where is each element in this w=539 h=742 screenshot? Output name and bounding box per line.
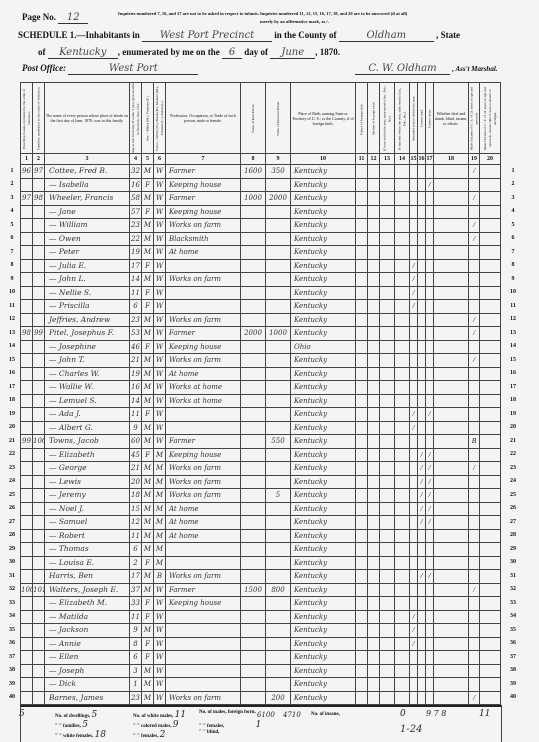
table-row: — John T.21MWWorks on farmKentucky/ — [21, 354, 501, 368]
summary-margin-mark: 5 — [19, 709, 25, 719]
cell-personal-estate — [266, 259, 291, 273]
cell-empty — [380, 381, 395, 395]
cell-empty — [380, 691, 395, 705]
cell-personal-estate — [266, 516, 291, 530]
cell-c19: B — [469, 435, 480, 449]
cell-c19 — [469, 381, 480, 395]
cell-real-estate — [241, 462, 266, 476]
cell-birthplace: Kentucky — [291, 165, 356, 179]
cell-empty — [368, 286, 380, 300]
cell-dwelling — [21, 408, 33, 422]
line-number: 4 — [6, 205, 18, 219]
cell-family — [33, 516, 45, 530]
cell-empty — [395, 543, 410, 557]
table-row: — Priscilla6FWKentucky/ — [21, 300, 501, 314]
year-value: , 1870. — [315, 47, 340, 57]
cell-dwelling — [21, 678, 33, 692]
cell-empty — [380, 637, 395, 651]
cell-real-estate — [241, 651, 266, 665]
cell-c15 — [410, 205, 418, 219]
line-number: 5 — [6, 219, 18, 233]
cell-birthplace: Kentucky — [291, 394, 356, 408]
cell-family — [33, 394, 45, 408]
cell-empty — [395, 462, 410, 476]
cell-empty — [356, 448, 368, 462]
cell-empty — [480, 259, 501, 273]
cell-name: Pitel, Josephus F. — [45, 327, 130, 341]
cell-empty — [434, 408, 469, 422]
cell-personal-estate — [266, 637, 291, 651]
cell-personal-estate — [266, 246, 291, 260]
cell-sex: M — [142, 691, 154, 705]
table-row: — Wallie W.16MWWorks at homeKentucky — [21, 381, 501, 395]
cell-c16 — [418, 205, 426, 219]
line-number: 18 — [6, 394, 18, 408]
cell-family — [33, 246, 45, 260]
cell-c16 — [418, 421, 426, 435]
cell-empty — [356, 556, 368, 570]
col13-total: 0 — [400, 709, 406, 719]
marshal-label: , Ass't Marshal. — [452, 65, 497, 73]
cell-c17 — [426, 691, 434, 705]
cell-empty — [480, 300, 501, 314]
cell-color: W — [154, 165, 166, 179]
table-row: — Ada J.11FWKentucky// — [21, 408, 501, 422]
cell-name: — Jane — [45, 205, 130, 219]
cell-c16 — [418, 246, 426, 260]
line-number: 35 — [506, 624, 520, 638]
cell-c15 — [410, 597, 418, 611]
cell-personal-estate — [266, 462, 291, 476]
cell-color: W — [154, 381, 166, 395]
cell-birthplace: Kentucky — [291, 529, 356, 543]
cell-empty — [356, 475, 368, 489]
cell-c19: / — [469, 354, 480, 368]
cell-empty — [480, 637, 501, 651]
cell-occupation: Works on farm — [166, 570, 241, 584]
cell-c17 — [426, 610, 434, 624]
cell-empty — [380, 489, 395, 503]
cell-dwelling — [21, 543, 33, 557]
cell-empty — [480, 421, 501, 435]
cell-color: W — [154, 394, 166, 408]
cell-birthplace: Kentucky — [291, 556, 356, 570]
cell-c16 — [418, 556, 426, 570]
line-number: 40 — [506, 691, 520, 705]
line-number: 37 — [506, 651, 520, 665]
cell-empty — [380, 178, 395, 192]
cell-color: W — [154, 664, 166, 678]
cell-empty — [380, 502, 395, 516]
cell-empty — [368, 597, 380, 611]
line-number: 37 — [6, 651, 18, 665]
cell-occupation — [166, 421, 241, 435]
cell-sex: F — [142, 556, 154, 570]
cell-empty — [356, 421, 368, 435]
cell-empty — [356, 367, 368, 381]
cell-empty — [480, 691, 501, 705]
cell-family: 99 — [33, 327, 45, 341]
cell-dwelling — [21, 651, 33, 665]
cell-empty — [434, 300, 469, 314]
cell-family — [33, 678, 45, 692]
foreign-born-label: No. of males, foreign born, — [199, 710, 256, 715]
cell-c19 — [469, 259, 480, 273]
cell-sex: M — [142, 246, 154, 260]
cell-empty — [368, 327, 380, 341]
cell-empty — [480, 354, 501, 368]
cell-name: — Isabella — [45, 178, 130, 192]
county-value: Oldham — [339, 30, 434, 42]
table-row: — Isabella16FWKeeping houseKentucky/ — [21, 178, 501, 192]
cell-color: W — [154, 273, 166, 287]
cell-empty — [356, 502, 368, 516]
cell-age: 19 — [130, 367, 142, 381]
cell-birthplace: Kentucky — [291, 678, 356, 692]
dwellings-label: No. of dwellings, — [55, 714, 90, 719]
cell-c16 — [418, 408, 426, 422]
of-label: of — [38, 47, 46, 57]
cell-empty — [480, 529, 501, 543]
cell-age: 14 — [130, 273, 142, 287]
cell-empty — [380, 516, 395, 530]
cell-c17 — [426, 192, 434, 206]
cell-age: 18 — [130, 489, 142, 503]
cell-real-estate — [241, 637, 266, 651]
cell-family — [33, 259, 45, 273]
cell-name: — Robert — [45, 529, 130, 543]
cell-personal-estate — [266, 300, 291, 314]
post-office-value: West Port — [68, 63, 198, 75]
col-num: 1 — [21, 154, 33, 165]
cell-empty — [395, 448, 410, 462]
cell-age: 45 — [130, 448, 142, 462]
cell-empty — [395, 394, 410, 408]
cell-c15 — [410, 543, 418, 557]
cell-birthplace: Kentucky — [291, 259, 356, 273]
cell-birthplace: Kentucky — [291, 408, 356, 422]
cell-dwelling — [21, 489, 33, 503]
cell-empty — [434, 678, 469, 692]
cell-real-estate: 1500 — [241, 583, 266, 597]
cell-c17 — [426, 273, 434, 287]
cell-birthplace: Kentucky — [291, 502, 356, 516]
cell-empty — [380, 340, 395, 354]
cell-c16: / — [418, 570, 426, 584]
cell-empty — [368, 178, 380, 192]
cell-birthplace: Kentucky — [291, 381, 356, 395]
cell-c16 — [418, 597, 426, 611]
cell-c16 — [418, 192, 426, 206]
cell-empty — [434, 273, 469, 287]
cell-empty — [380, 192, 395, 206]
col-header-18: Whether deaf and dumb, blind, insane, or… — [434, 83, 469, 154]
cell-c16 — [418, 678, 426, 692]
cell-c17: / — [426, 475, 434, 489]
cell-name: — Ellen — [45, 651, 130, 665]
col-header-2: Families, numbered in the order of visit… — [33, 83, 45, 154]
cell-real-estate — [241, 556, 266, 570]
cell-c15 — [410, 516, 418, 530]
cell-empty — [434, 448, 469, 462]
cell-color: W — [154, 327, 166, 341]
cell-c17 — [426, 165, 434, 179]
cell-age: 33 — [130, 597, 142, 611]
cell-real-estate: 2000 — [241, 327, 266, 341]
cell-family — [33, 178, 45, 192]
cell-c16 — [418, 286, 426, 300]
cell-empty — [395, 624, 410, 638]
col-num: 9 — [266, 154, 291, 165]
line-number: 11 — [506, 300, 520, 314]
cell-dwelling — [21, 597, 33, 611]
cell-real-estate — [241, 273, 266, 287]
cell-c19: / — [469, 232, 480, 246]
cell-empty — [368, 516, 380, 530]
cell-age: 20 — [130, 475, 142, 489]
cell-name: — Noel J. — [45, 502, 130, 516]
line-number: 39 — [6, 678, 18, 692]
white-males-value: 11 — [175, 710, 186, 720]
cell-empty — [395, 381, 410, 395]
cell-personal-estate — [266, 529, 291, 543]
cell-family — [33, 300, 45, 314]
cell-empty — [434, 462, 469, 476]
line-number: 8 — [506, 259, 520, 273]
cell-color: W — [154, 651, 166, 665]
cell-empty — [368, 421, 380, 435]
cell-c16 — [418, 273, 426, 287]
cell-sex: M — [142, 664, 154, 678]
col-num: 3 — [45, 154, 130, 165]
cell-real-estate — [241, 529, 266, 543]
cell-color: W — [154, 232, 166, 246]
cell-real-estate — [241, 219, 266, 233]
cell-occupation: Works on farm — [166, 691, 241, 705]
cell-empty — [480, 219, 501, 233]
line-number: 8 — [6, 259, 18, 273]
cell-empty — [356, 529, 368, 543]
cell-occupation: Works on farm — [166, 273, 241, 287]
cell-dwelling — [21, 273, 33, 287]
cell-personal-estate: 350 — [266, 165, 291, 179]
cell-empty — [368, 664, 380, 678]
cell-dwelling — [21, 286, 33, 300]
cell-empty — [395, 313, 410, 327]
cell-personal-estate — [266, 219, 291, 233]
cell-empty — [480, 246, 501, 260]
cell-name: — John T. — [45, 354, 130, 368]
col-header-1: Dwelling-houses, numbered in the order o… — [21, 83, 33, 154]
cell-c16 — [418, 178, 426, 192]
cell-c15: / — [410, 637, 418, 651]
cell-family — [33, 637, 45, 651]
cell-age: 53 — [130, 327, 142, 341]
cell-dwelling — [21, 624, 33, 638]
cell-age: 6 — [130, 300, 142, 314]
cell-name: — Elizabeth M. — [45, 597, 130, 611]
cell-empty — [480, 583, 501, 597]
cell-empty — [368, 313, 380, 327]
cell-empty — [480, 178, 501, 192]
cell-empty — [434, 529, 469, 543]
cell-name: — William — [45, 219, 130, 233]
cell-empty — [356, 624, 368, 638]
cell-color: W — [154, 286, 166, 300]
cell-empty — [380, 435, 395, 449]
cell-family — [33, 421, 45, 435]
cell-sex: M — [142, 367, 154, 381]
cell-age: 11 — [130, 286, 142, 300]
cell-sex: M — [142, 394, 154, 408]
cell-real-estate — [241, 300, 266, 314]
cell-empty — [395, 435, 410, 449]
cell-c15 — [410, 502, 418, 516]
cell-empty — [356, 583, 368, 597]
cell-age: 9 — [130, 421, 142, 435]
cell-empty — [480, 381, 501, 395]
cell-color: M — [154, 543, 166, 557]
cell-empty — [380, 354, 395, 368]
cell-personal-estate — [266, 610, 291, 624]
families-label: " " families, — [55, 724, 81, 729]
cell-personal-estate — [266, 556, 291, 570]
cell-name: — Dick — [45, 678, 130, 692]
table-row: — Annie8FWKentucky/ — [21, 637, 501, 651]
cell-empty — [434, 435, 469, 449]
line-number: 27 — [506, 516, 520, 530]
cell-occupation: Farmer — [166, 192, 241, 206]
table-row: 9899Pitel, Josephus F.53MWFarmer20001000… — [21, 327, 501, 341]
cell-c15 — [410, 489, 418, 503]
line-number: 32 — [6, 583, 18, 597]
col-header-17: Cannot write. — [426, 83, 434, 154]
cell-occupation — [166, 300, 241, 314]
cell-occupation: Farmer — [166, 327, 241, 341]
cell-birthplace: Kentucky — [291, 583, 356, 597]
cell-birthplace: Kentucky — [291, 516, 356, 530]
table-row: — Thomas6MMKentucky — [21, 543, 501, 557]
cell-personal-estate: 200 — [266, 691, 291, 705]
cell-personal-estate — [266, 448, 291, 462]
line-number: 23 — [6, 462, 18, 476]
cell-family — [33, 502, 45, 516]
summary-white-males: No. of white males, 11 — [133, 710, 186, 720]
cell-c19: / — [469, 165, 480, 179]
table-row: — Samuel12MMAt homeKentucky// — [21, 516, 501, 530]
cell-occupation: Works at home — [166, 394, 241, 408]
col-num: 4 — [130, 154, 142, 165]
line-number: 36 — [506, 637, 520, 651]
cell-c19 — [469, 516, 480, 530]
cell-sex: M — [142, 421, 154, 435]
cell-name: — Elizabeth — [45, 448, 130, 462]
cell-empty — [380, 651, 395, 665]
cell-name: — Annie — [45, 637, 130, 651]
table-row: — Charles W.19MWAt homeKentucky — [21, 367, 501, 381]
cell-empty — [395, 664, 410, 678]
cell-empty — [380, 570, 395, 584]
cell-family — [33, 570, 45, 584]
cell-empty — [380, 475, 395, 489]
cell-dwelling — [21, 367, 33, 381]
col-num: 10 — [291, 154, 356, 165]
cell-c17 — [426, 286, 434, 300]
col-header-8: Value of Real Estate. — [241, 83, 266, 154]
cell-occupation: Keeping house — [166, 448, 241, 462]
cell-real-estate — [241, 313, 266, 327]
cell-dwelling — [21, 691, 33, 705]
cell-c15 — [410, 381, 418, 395]
cell-color: W — [154, 246, 166, 260]
cell-c15: / — [410, 421, 418, 435]
table-row: — Lewis20MMWorks on farmKentucky// — [21, 475, 501, 489]
cell-birthplace: Kentucky — [291, 691, 356, 705]
cell-c15 — [410, 529, 418, 543]
cell-c17 — [426, 637, 434, 651]
cell-c15: / — [410, 300, 418, 314]
cell-personal-estate — [266, 597, 291, 611]
cell-empty — [356, 259, 368, 273]
cell-name: — Wallie W. — [45, 381, 130, 395]
col-num: 17 — [426, 154, 434, 165]
cell-c17 — [426, 354, 434, 368]
cell-color: W — [154, 205, 166, 219]
cell-c16 — [418, 435, 426, 449]
cell-empty — [356, 273, 368, 287]
col-num: 16 — [418, 154, 426, 165]
col-header-11: Father of foreign birth. — [356, 83, 368, 154]
cell-occupation: Farmer — [166, 435, 241, 449]
cell-empty — [395, 259, 410, 273]
cell-empty — [368, 354, 380, 368]
cell-age: 22 — [130, 232, 142, 246]
cell-empty — [395, 637, 410, 651]
cell-empty — [395, 219, 410, 233]
month-value: June — [270, 47, 315, 59]
cell-occupation — [166, 651, 241, 665]
cell-name: — Joseph — [45, 664, 130, 678]
cell-c17: / — [426, 570, 434, 584]
table-row: 9697Cottee, Fred B.32MWFarmer1600350Kent… — [21, 165, 501, 179]
cell-color: W — [154, 192, 166, 206]
table-row: — Jane57FWKeeping houseKentucky — [21, 205, 501, 219]
cell-sex: M — [142, 232, 154, 246]
col-num: 15 — [410, 154, 418, 165]
cell-family — [33, 354, 45, 368]
cell-name: — Louisa E. — [45, 556, 130, 570]
cell-empty — [480, 448, 501, 462]
cell-sex: F — [142, 408, 154, 422]
cell-sex: M — [142, 529, 154, 543]
cell-empty — [380, 408, 395, 422]
cell-sex: M — [142, 273, 154, 287]
cell-dwelling — [21, 664, 33, 678]
cell-empty — [356, 394, 368, 408]
cell-empty — [368, 489, 380, 503]
cell-occupation — [166, 543, 241, 557]
cell-name: — Owen — [45, 232, 130, 246]
cell-empty — [368, 529, 380, 543]
cell-birthplace: Kentucky — [291, 421, 356, 435]
cell-c19: / — [469, 462, 480, 476]
cell-real-estate — [241, 205, 266, 219]
cell-empty — [480, 543, 501, 557]
cell-age: 6 — [130, 651, 142, 665]
cell-c15 — [410, 354, 418, 368]
cell-color: M — [154, 516, 166, 530]
cell-empty — [395, 246, 410, 260]
